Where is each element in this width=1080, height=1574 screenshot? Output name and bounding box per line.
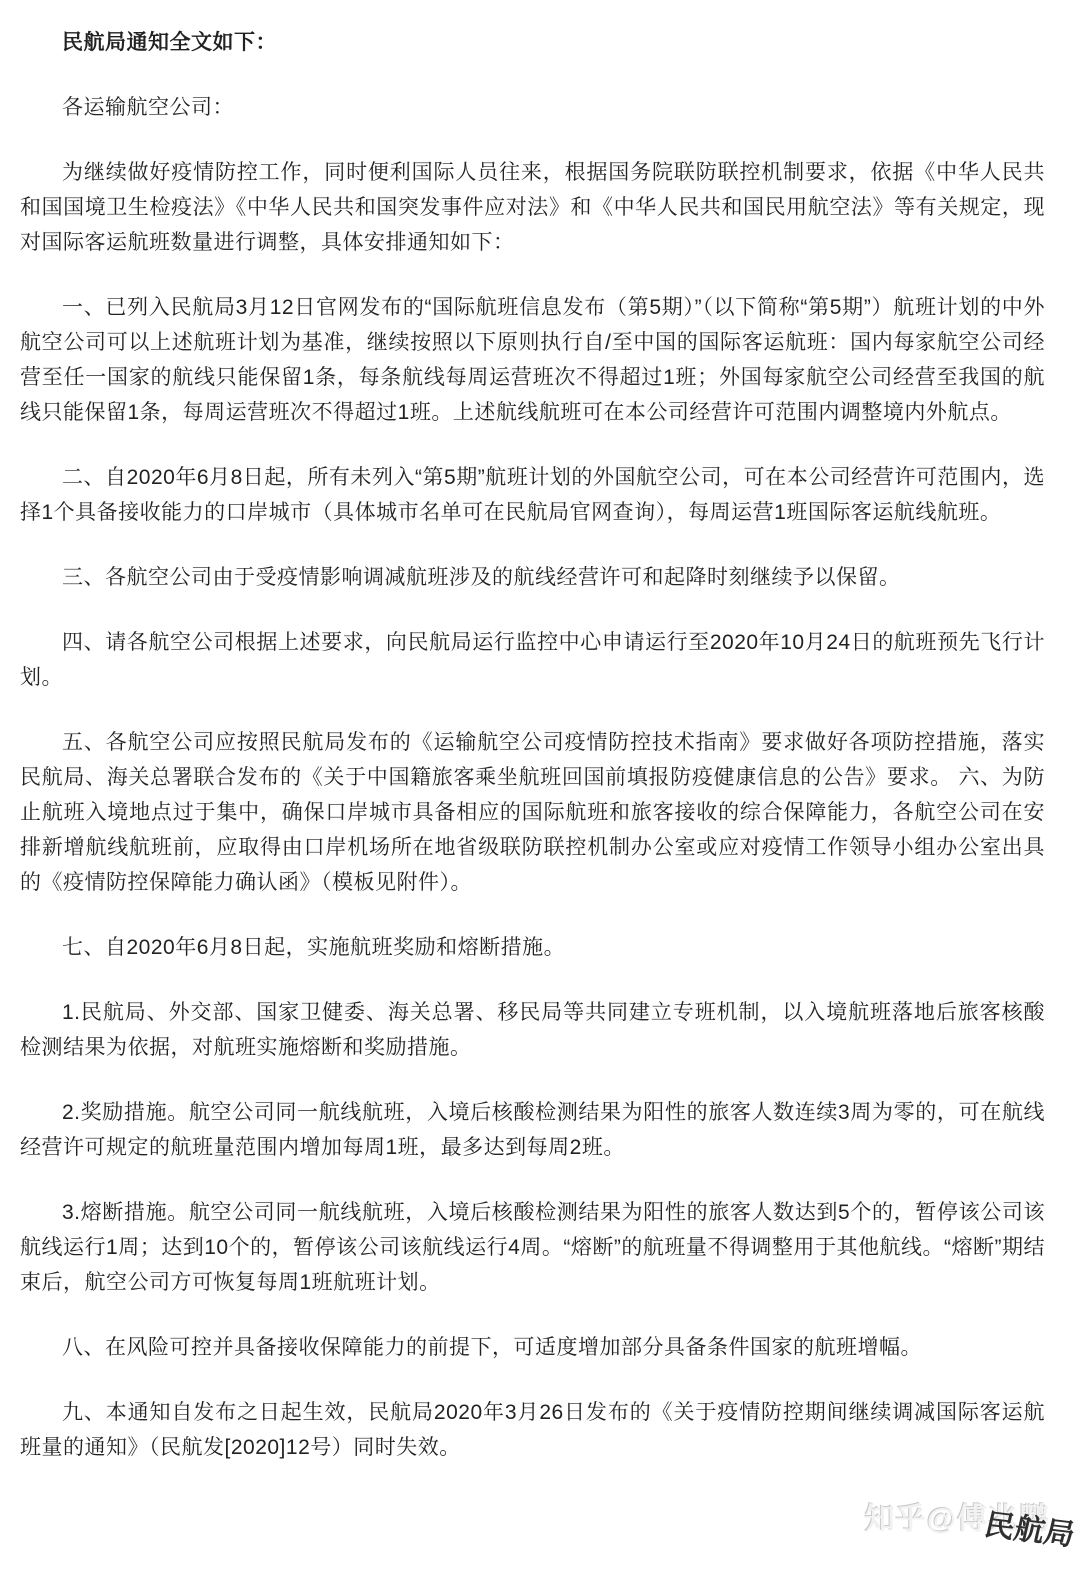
item-1-paragraph: 一、已列入民航局3月12日官网发布的“国际航班信息发布（第5期）”（以下简称“第… (20, 290, 1045, 430)
caac-watermark: 民航局 (981, 1500, 1080, 1554)
item-7-sub-1-paragraph: 1.民航局、外交部、国家卫健委、海关总署、移民局等共同建立专班机制，以入境航班落… (20, 995, 1045, 1065)
notice-document: 民航局通知全文如下： 各运输航空公司： 为继续做好疫情防控工作，同时便利国际人员… (0, 0, 1080, 1465)
salutation: 各运输航空公司： (20, 90, 1045, 125)
item-7-sub-3-paragraph: 3.熔断措施。航空公司同一航线航班，入境后核酸检测结果为阳性的旅客人数达到5个的… (20, 1195, 1045, 1300)
watermark-area: 知乎@傅兆鹏 民航局 (752, 1490, 1072, 1560)
document-title: 民航局通知全文如下： (20, 25, 1045, 60)
item-7-paragraph: 七、自2020年6月8日起，实施航班奖励和熔断措施。 (20, 930, 1045, 965)
zhihu-watermark: 知乎@傅兆鹏 (865, 1494, 1050, 1538)
intro-paragraph: 为继续做好疫情防控工作，同时便利国际人员往来，根据国务院联防联控机制要求，依据《… (20, 155, 1045, 260)
item-4-paragraph: 四、请各航空公司根据上述要求，向民航局运行监控中心申请运行至2020年10月24… (20, 625, 1045, 695)
item-2-paragraph: 二、自2020年6月8日起，所有未列入“第5期”航班计划的外国航空公司，可在本公… (20, 460, 1045, 530)
item-5-6-paragraph: 五、各航空公司应按照民航局发布的《运输航空公司疫情防控技术指南》要求做好各项防控… (20, 725, 1045, 900)
item-9-paragraph: 九、本通知自发布之日起生效，民航局2020年3月26日发布的《关于疫情防控期间继… (20, 1395, 1045, 1465)
item-8-paragraph: 八、在风险可控并具备接收保障能力的前提下，可适度增加部分具备条件国家的航班增幅。 (20, 1330, 1045, 1365)
item-7-sub-2-paragraph: 2.奖励措施。航空公司同一航线航班，入境后核酸检测结果为阳性的旅客人数连续3周为… (20, 1095, 1045, 1165)
item-3-paragraph: 三、各航空公司由于受疫情影响调减航班涉及的航线经营许可和起降时刻继续予以保留。 (20, 560, 1045, 595)
